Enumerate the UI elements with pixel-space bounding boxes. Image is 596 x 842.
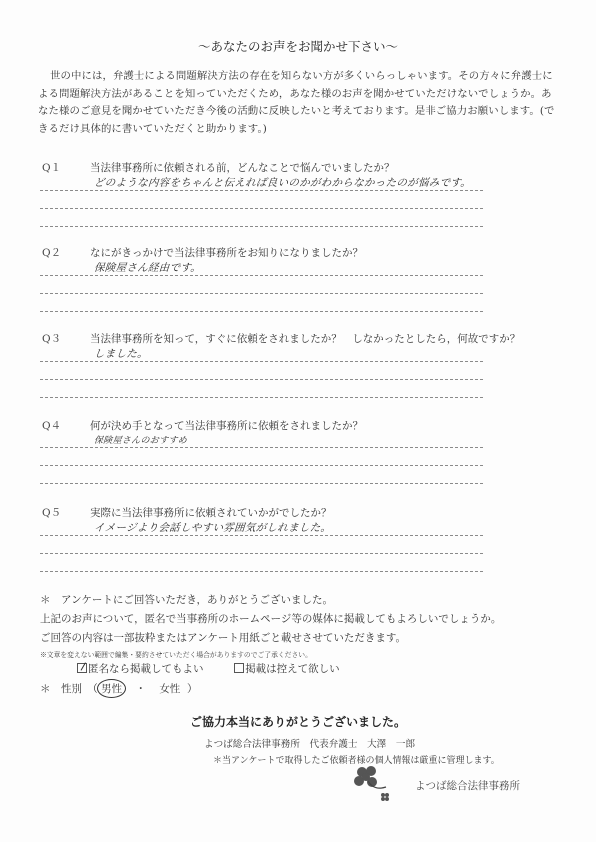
- option-anonymous-ok[interactable]: 匿名なら掲載してもよい: [77, 663, 204, 675]
- question-text: 当法律事務所を知って，すぐに依頼をされましたか？ しなかったとしたら，何故ですか…: [90, 331, 520, 346]
- answer-text[interactable]: しました。: [93, 346, 148, 361]
- answer-text[interactable]: イメージより会話しやすい雰囲気がしれました。: [93, 520, 331, 535]
- answer-line: [40, 379, 483, 380]
- intro-paragraph: 世の中には，弁護士による問題解決方法の存在を知らない方が多くいらっしゃいます。そ…: [38, 68, 560, 138]
- option-label: 掲載は控えて欲しい: [245, 663, 340, 675]
- answer-line: [40, 226, 483, 227]
- answer-line: [40, 190, 483, 191]
- answer-line: [40, 208, 483, 209]
- publish-detail: ご回答の内容は一部抜粋またはアンケート用紙ごと載せさせていただきます。: [40, 629, 406, 648]
- answer-line: [40, 553, 483, 554]
- answer-line: [40, 447, 483, 448]
- publish-question: 上記のお声について，匿名で当事務所のホームページ等の媒体に掲載してもよろしいでし…: [40, 610, 501, 629]
- option-decline[interactable]: 掲載は控えて欲しい: [234, 663, 340, 675]
- question-number: Q５: [42, 505, 61, 520]
- edit-disclaimer: ※文章を変えない範囲で編集・要約させていただく場合がありますのでご了承ください。: [40, 649, 312, 659]
- answer-line: [40, 311, 483, 312]
- answer-text[interactable]: どのような内容をちゃんと伝えれば良いのかがわからなかったのが悩みです。: [93, 175, 471, 190]
- answer-line: [40, 293, 483, 294]
- publish-options: 匿名なら掲載してもよい 掲載は控えて欲しい: [77, 661, 340, 676]
- gender-field: ＊ 性別 （ 男性 ・ 女性 ）: [40, 681, 198, 696]
- four-leaf-clover-icon: [352, 765, 402, 805]
- answer-line: [40, 275, 483, 276]
- question-number: Q３: [42, 331, 61, 346]
- closing-thanks: ご協力本当にありがとうございました。: [190, 713, 406, 730]
- firm-logo-text: よつば総合法律事務所: [415, 778, 520, 793]
- answer-line: [40, 483, 483, 484]
- question-text: なにがきっかけで当法律事務所をお知りになりましたか？: [90, 245, 363, 260]
- checkbox-unchecked[interactable]: [234, 663, 244, 673]
- question-number: Q４: [42, 418, 61, 433]
- answer-line: [40, 361, 483, 362]
- answer-text[interactable]: 保険屋さん経由です。: [93, 260, 201, 275]
- answer-line: [40, 571, 483, 572]
- option-label: 匿名なら掲載してもよい: [88, 663, 204, 675]
- answer-text[interactable]: 保険屋さんのおすすめ: [94, 433, 188, 446]
- page-title: ～あなたのお声をお聞かせ下さい～: [0, 37, 596, 55]
- thanks-note: ＊ アンケートにご回答いただき，ありがとうございました。: [40, 591, 333, 610]
- question-number: Q２: [42, 245, 61, 260]
- gender-separator: ・: [135, 683, 146, 695]
- question-text: 実際に当法律事務所に依頼されていかがでしたか？: [90, 505, 332, 520]
- question-text: 何が決め手となって当法律事務所に依頼をされましたか？: [90, 418, 363, 433]
- answer-line: [40, 535, 483, 536]
- checkbox-checked[interactable]: [77, 663, 87, 673]
- question-text: 当法律事務所に依頼される前，どんなことで悩んでいましたか？: [90, 160, 395, 175]
- question-number: Q１: [42, 160, 61, 175]
- intro-text: 世の中には，弁護士による問題解決方法の存在を知らない方が多くいらっしゃいます。そ…: [38, 68, 560, 138]
- gender-close: ）: [187, 683, 198, 695]
- signature: よつば総合法律事務所 代表弁護士 大澤 一郎: [204, 736, 415, 750]
- answer-line: [40, 397, 483, 398]
- gender-label: ＊ 性別 （: [40, 683, 98, 695]
- answer-line: [40, 465, 483, 466]
- gender-option-female[interactable]: 女性: [159, 683, 180, 695]
- gender-option-male-selected[interactable]: 男性: [97, 679, 126, 698]
